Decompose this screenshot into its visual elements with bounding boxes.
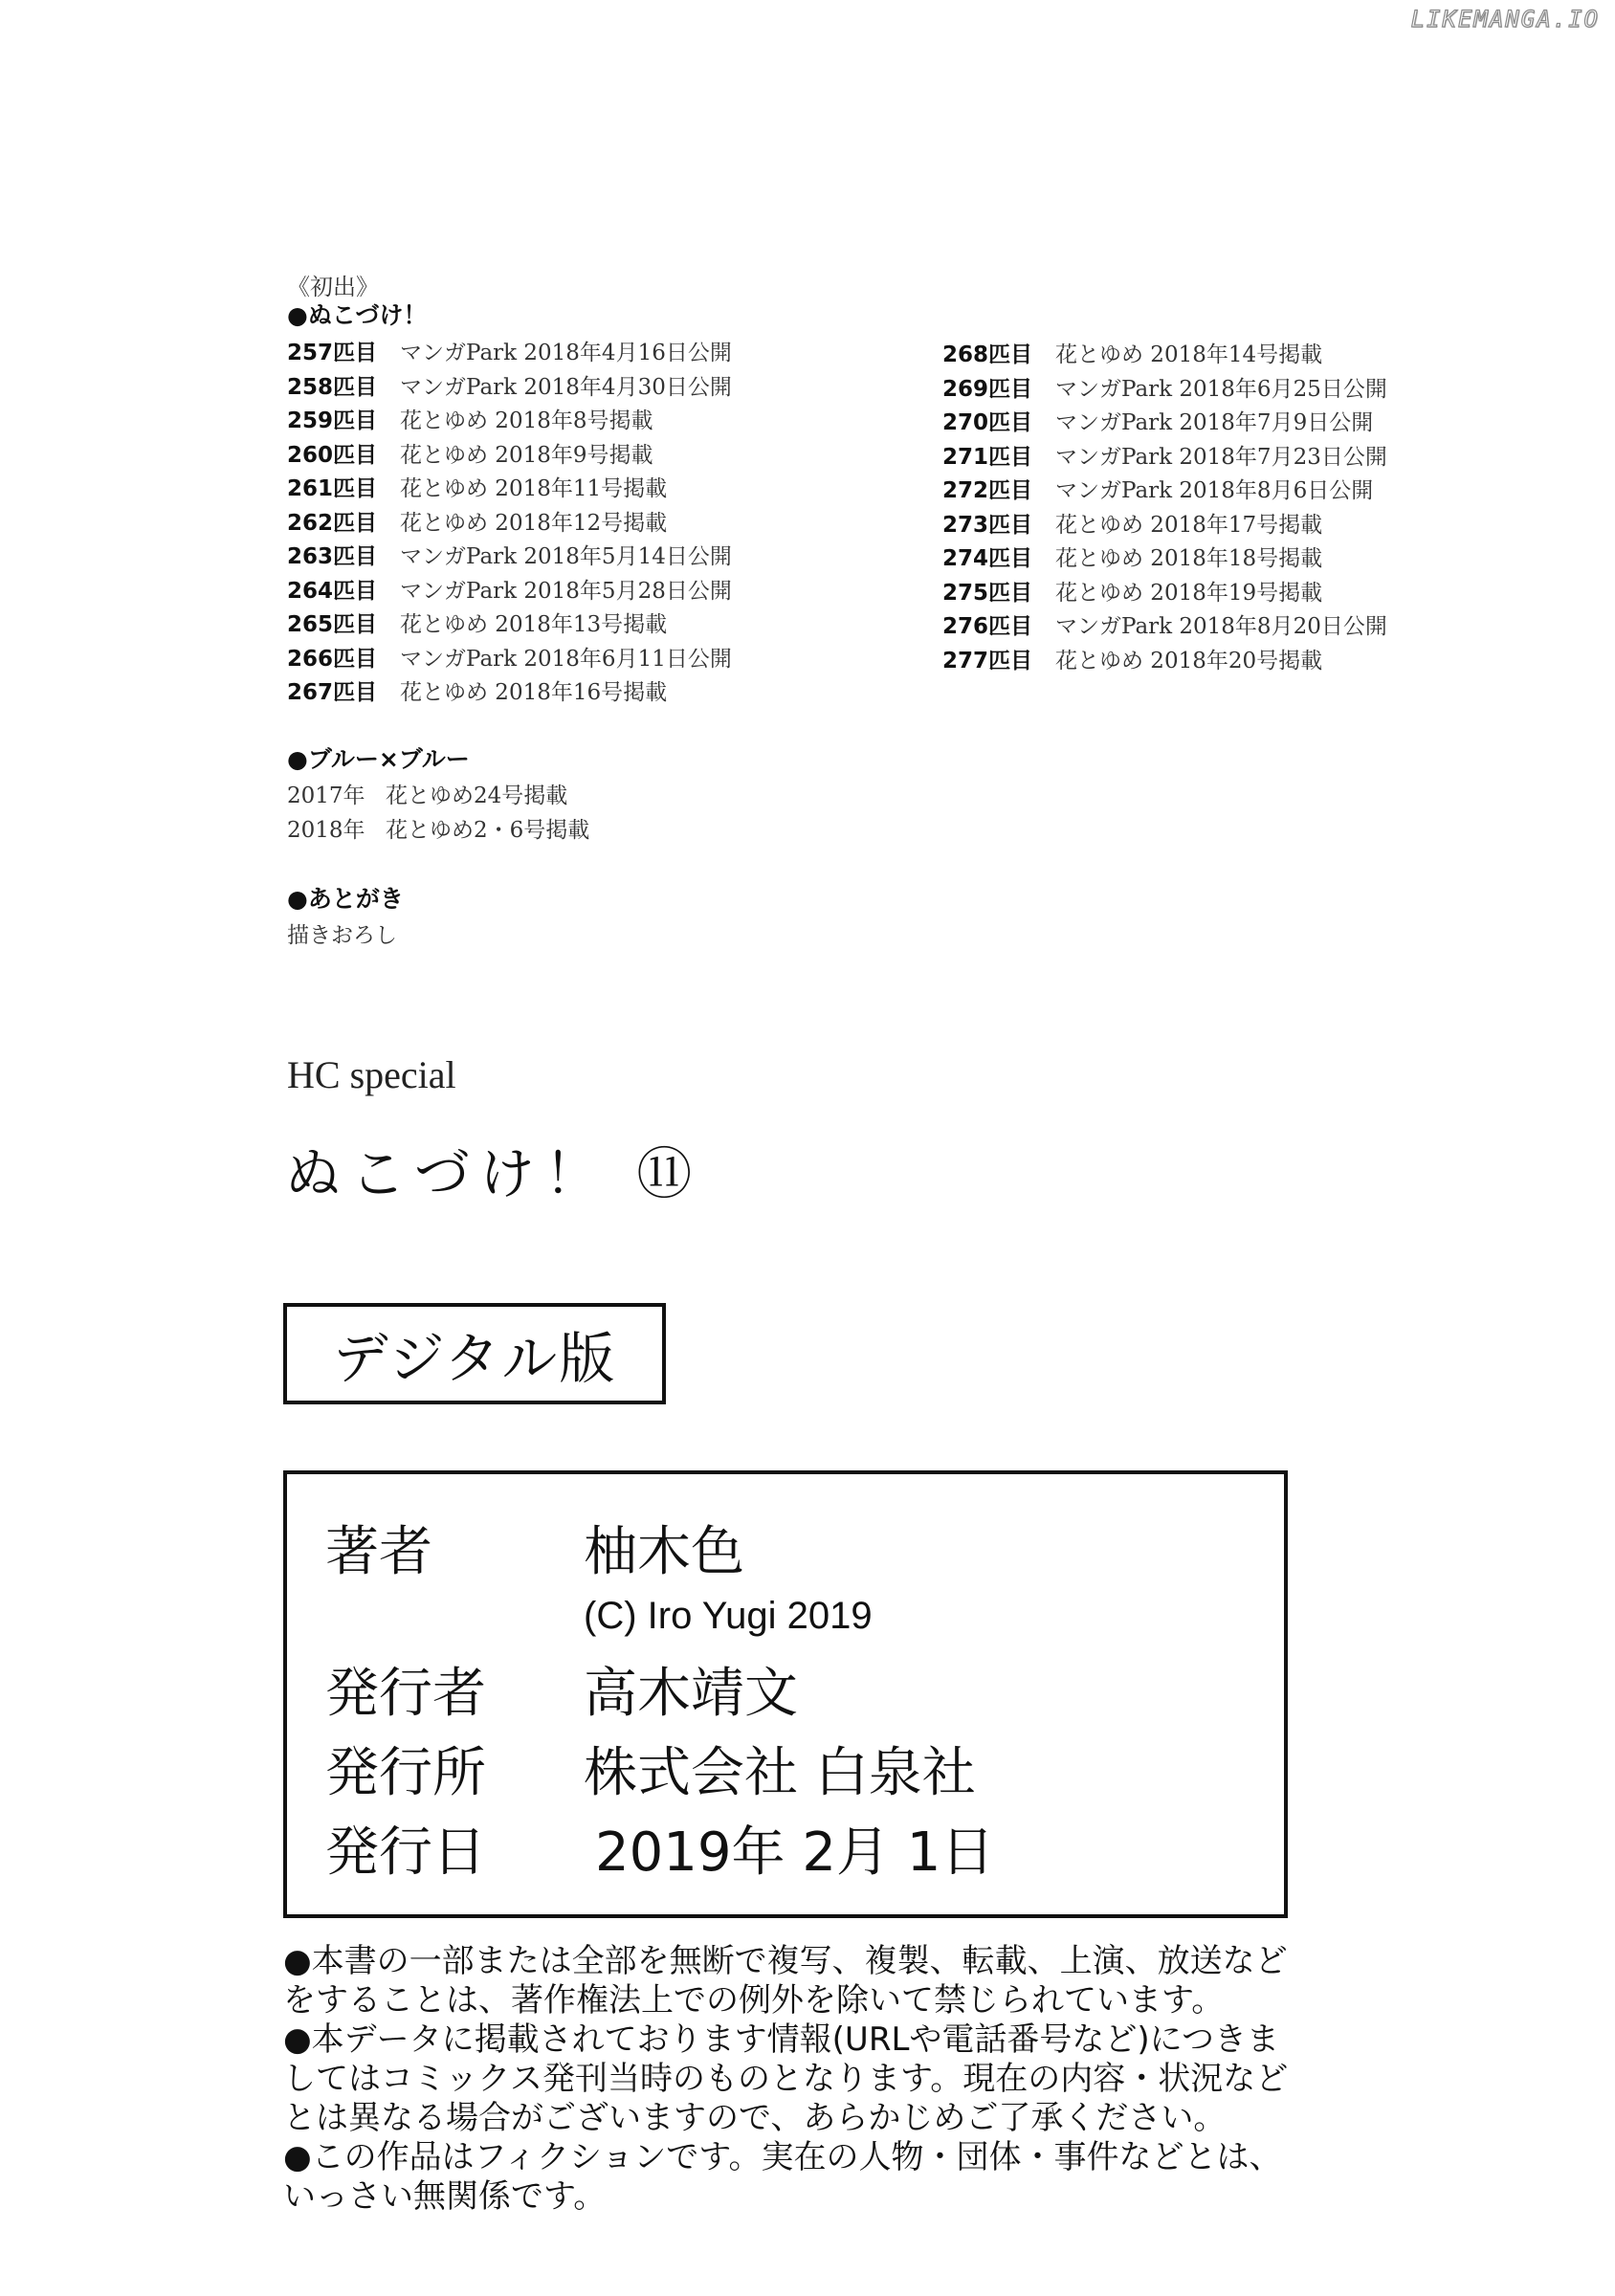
- chapter-source: 花とゆめ 2018年17号掲載: [1055, 509, 1322, 543]
- chapter-source: 花とゆめ 2018年18号掲載: [1055, 542, 1322, 577]
- chapter-number: 259匹目: [287, 405, 400, 439]
- chapter-row: 271匹目マンガPark 2018年7月23日公開: [942, 441, 1387, 475]
- chapter-source: 花とゆめ 2018年20号掲載: [1055, 645, 1322, 679]
- chapter-number: 274匹目: [942, 542, 1055, 577]
- publisher-label: 発行所: [325, 1745, 486, 1802]
- fiction-disclaimer-text: ●この作品はフィクションです。実在の人物・団体・事件などとは、いっさい無関係です…: [283, 2138, 1297, 2217]
- chapter-source: 花とゆめ 2018年13号掲載: [400, 608, 667, 643]
- chapter-row: 274匹目花とゆめ 2018年18号掲載: [942, 542, 1387, 577]
- digital-edition-badge: デジタル版: [283, 1303, 666, 1404]
- chapter-source: マンガPark 2018年8月20日公開: [1055, 610, 1387, 645]
- chapter-number: 272匹目: [942, 475, 1055, 509]
- chapter-number: 257匹目: [287, 337, 400, 371]
- chapter-row: 270匹目マンガPark 2018年7月9日公開: [942, 407, 1387, 441]
- publication-source: 花とゆめ24号掲載: [386, 784, 567, 808]
- chapter-row: 259匹目花とゆめ 2018年8号掲載: [287, 405, 732, 439]
- chapter-number: 275匹目: [942, 577, 1055, 611]
- chapter-number: 266匹目: [287, 643, 400, 677]
- imprint-label: HC special: [287, 1052, 456, 1097]
- copyright-notice-text: ●本書の一部または全部を無断で複写、複製、転載、上演、放送などをすることは、著作…: [283, 1942, 1297, 2020]
- chapter-row: 268匹目花とゆめ 2018年14号掲載: [942, 339, 1387, 373]
- blue-x-blue-row: 2017年花とゆめ24号掲載: [287, 779, 567, 813]
- chapter-source: 花とゆめ 2018年8号掲載: [400, 405, 653, 439]
- chapter-number: 268匹目: [942, 339, 1055, 373]
- book-title: ぬこづけ！ ⑪: [285, 1129, 701, 1209]
- chapter-number: 276匹目: [942, 610, 1055, 645]
- chapter-number: 264匹目: [287, 575, 400, 609]
- chapter-source: マンガPark 2018年5月14日公開: [400, 541, 732, 575]
- chapter-source: マンガPark 2018年6月11日公開: [400, 643, 732, 677]
- legal-notes: ●本書の一部または全部を無断で複写、複製、転載、上演、放送などをすることは、著作…: [283, 1942, 1297, 2217]
- chapter-number: 277匹目: [942, 645, 1055, 679]
- chapter-row: 264匹目マンガPark 2018年5月28日公開: [287, 575, 732, 609]
- chapter-source: 花とゆめ 2018年14号掲載: [1055, 339, 1322, 373]
- chapter-number: 262匹目: [287, 507, 400, 541]
- chapter-source: マンガPark 2018年5月28日公開: [400, 575, 732, 609]
- blue-x-blue-row: 2018年花とゆめ2・6号掲載: [287, 813, 589, 848]
- blue-x-blue-section-heading: ●ブルー×ブルー: [287, 742, 470, 777]
- chapter-source: マンガPark 2018年4月30日公開: [400, 371, 732, 406]
- afterword-text: 描きおろし: [287, 918, 397, 953]
- nukoduke-section-heading: ●ぬこづけ！: [287, 298, 427, 333]
- data-accuracy-notice-text: ●本データに掲載されております情報(URLや電話番号など)につきましてはコミック…: [283, 2020, 1297, 2138]
- chapter-row: 261匹目花とゆめ 2018年11号掲載: [287, 473, 732, 507]
- publication-year: 2018年: [287, 813, 386, 848]
- chapter-source: 花とゆめ 2018年12号掲載: [400, 507, 667, 541]
- publisher-person-label: 発行者: [325, 1666, 486, 1723]
- chapter-number: 273匹目: [942, 509, 1055, 543]
- chapter-row: 277匹目花とゆめ 2018年20号掲載: [942, 645, 1387, 679]
- chapter-source: マンガPark 2018年6月25日公開: [1055, 373, 1387, 408]
- author-label: 著者: [325, 1524, 432, 1581]
- chapter-list-left: 257匹目マンガPark 2018年4月16日公開 258匹目マンガPark 2…: [287, 337, 732, 711]
- chapter-row: 262匹目花とゆめ 2018年12号掲載: [287, 507, 732, 541]
- chapter-source: マンガPark 2018年8月6日公開: [1055, 475, 1373, 509]
- first-publication-heading: 《初出》: [287, 268, 379, 301]
- chapter-number: 261匹目: [287, 473, 400, 507]
- chapter-list-right: 268匹目花とゆめ 2018年14号掲載 269匹目マンガPark 2018年6…: [942, 339, 1387, 678]
- chapter-number: 271匹目: [942, 441, 1055, 475]
- afterword-section-heading: ●あとがき: [287, 882, 404, 916]
- chapter-number: 258匹目: [287, 371, 400, 406]
- chapter-row: 258匹目マンガPark 2018年4月30日公開: [287, 371, 732, 406]
- chapter-row: 269匹目マンガPark 2018年6月25日公開: [942, 373, 1387, 408]
- chapter-row: 260匹目花とゆめ 2018年9号掲載: [287, 439, 732, 474]
- chapter-source: 花とゆめ 2018年19号掲載: [1055, 577, 1322, 611]
- chapter-row: 265匹目花とゆめ 2018年13号掲載: [287, 608, 732, 643]
- chapter-number: 260匹目: [287, 439, 400, 474]
- chapter-row: 273匹目花とゆめ 2018年17号掲載: [942, 509, 1387, 543]
- author-name: 柚木色: [584, 1524, 744, 1581]
- publisher-person-name: 高木靖文: [584, 1666, 798, 1723]
- chapter-source: 花とゆめ 2018年9号掲載: [400, 439, 653, 474]
- watermark: LIKEMANGA.IO: [1411, 6, 1600, 33]
- chapter-source: 花とゆめ 2018年16号掲載: [400, 676, 667, 711]
- chapter-source: マンガPark 2018年7月9日公開: [1055, 407, 1373, 441]
- chapter-source: マンガPark 2018年4月16日公開: [400, 337, 732, 371]
- chapter-number: 270匹目: [942, 407, 1055, 441]
- chapter-row: 276匹目マンガPark 2018年8月20日公開: [942, 610, 1387, 645]
- copyright-notice: (C) Iro Yugi 2019: [584, 1595, 873, 1638]
- chapter-number: 263匹目: [287, 541, 400, 575]
- publication-year: 2017年: [287, 779, 386, 813]
- publish-date: 2019年 2月 1日: [595, 1824, 994, 1882]
- chapter-row: 267匹目花とゆめ 2018年16号掲載: [287, 676, 732, 711]
- publish-date-label: 発行日: [325, 1824, 486, 1882]
- chapter-source: マンガPark 2018年7月23日公開: [1055, 441, 1387, 475]
- colophon-box: 著者 柚木色 (C) Iro Yugi 2019 発行者 高木靖文 発行所 株式…: [283, 1470, 1288, 1918]
- chapter-source: 花とゆめ 2018年11号掲載: [400, 473, 667, 507]
- publisher-name: 株式会社 白泉社: [584, 1745, 976, 1802]
- chapter-row: 272匹目マンガPark 2018年8月6日公開: [942, 475, 1387, 509]
- chapter-number: 267匹目: [287, 676, 400, 711]
- publication-source: 花とゆめ2・6号掲載: [386, 818, 589, 843]
- chapter-number: 265匹目: [287, 608, 400, 643]
- chapter-number: 269匹目: [942, 373, 1055, 408]
- chapter-row: 257匹目マンガPark 2018年4月16日公開: [287, 337, 732, 371]
- chapter-row: 275匹目花とゆめ 2018年19号掲載: [942, 577, 1387, 611]
- chapter-row: 263匹目マンガPark 2018年5月14日公開: [287, 541, 732, 575]
- chapter-row: 266匹目マンガPark 2018年6月11日公開: [287, 643, 732, 677]
